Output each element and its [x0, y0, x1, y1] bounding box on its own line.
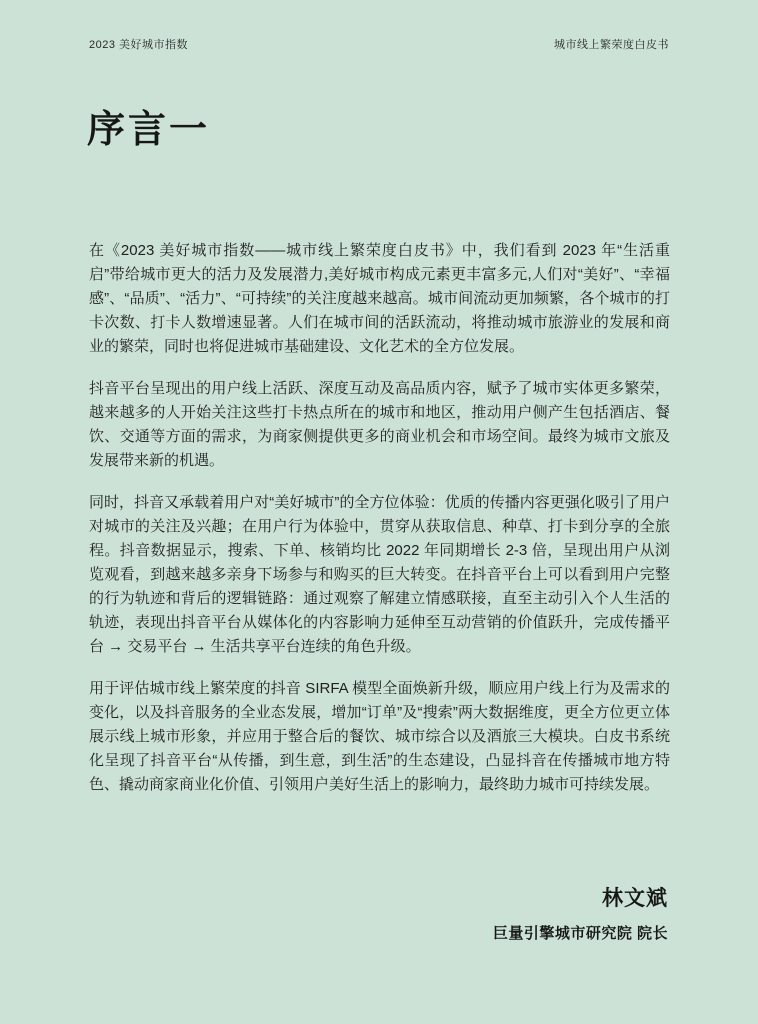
paragraph-2: 抖音平台呈现出的用户线上活跃、深度互动及高品质内容，赋予了城市实体更多繁荣，越来… — [89, 377, 670, 473]
preface-body: 在《2023 美好城市指数——城市线上繁荣度白皮书》中，我们看到 2023 年“… — [89, 239, 670, 815]
paragraph-3: 同时，抖音又承载着用户对“美好城市”的全方位体验：优质的传播内容更强化吸引了用户… — [89, 491, 670, 659]
header-left-label: 2023 美好城市指数 — [89, 36, 188, 52]
page-title: 序言一 — [87, 98, 210, 153]
header-right-label: 城市线上繁荣度白皮书 — [554, 36, 669, 52]
document-page: 2023 美好城市指数 城市线上繁荣度白皮书 序言一 在《2023 美好城市指数… — [0, 0, 758, 1024]
signature-block: 林文斌 巨量引擎城市研究院 院长 — [493, 882, 668, 943]
page-header: 2023 美好城市指数 城市线上繁荣度白皮书 — [89, 36, 669, 52]
paragraph-4: 用于评估城市线上繁荣度的抖音 SIRFA 模型全面焕新升级，顺应用户线上行为及需… — [89, 677, 670, 797]
signature-name: 林文斌 — [493, 882, 668, 912]
paragraph-1: 在《2023 美好城市指数——城市线上繁荣度白皮书》中，我们看到 2023 年“… — [89, 239, 670, 359]
signature-role: 巨量引擎城市研究院 院长 — [493, 922, 668, 943]
